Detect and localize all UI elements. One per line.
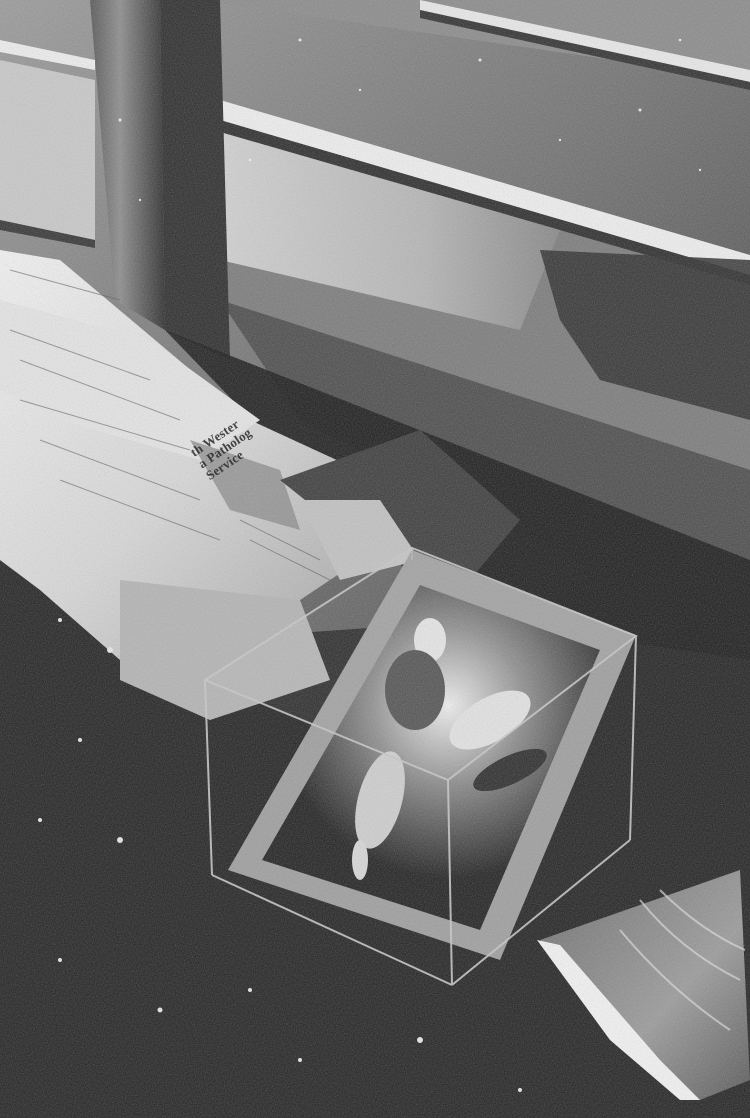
photograph: th Wester a Patholog Service Glass displ…: [0, 0, 750, 1118]
photo-canvas: [0, 0, 750, 1118]
film-grain: [0, 0, 750, 1118]
